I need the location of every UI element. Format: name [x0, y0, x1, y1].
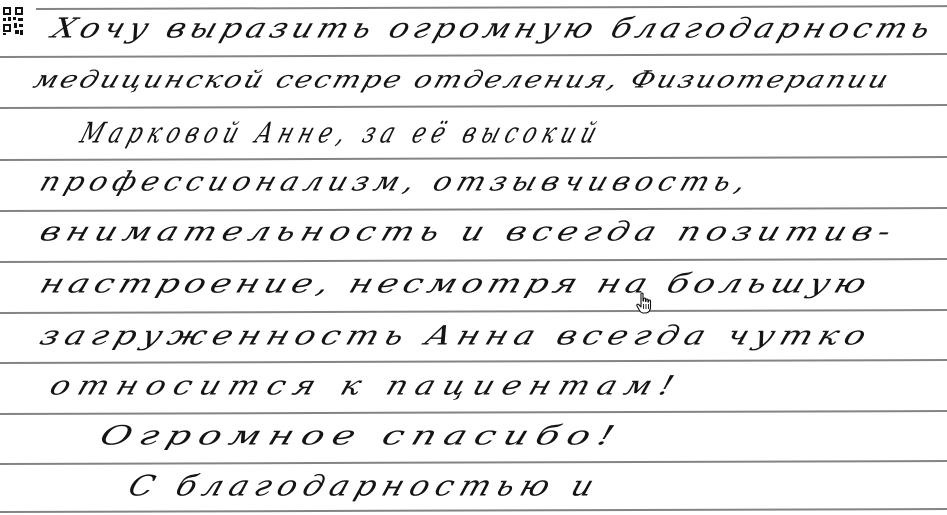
- ruled-line: [0, 309, 947, 314]
- ruled-line: [0, 207, 947, 212]
- scanned-letter-page: Хочу выразить огромную благодарность мед…: [0, 0, 947, 515]
- ruled-line: [0, 410, 947, 415]
- handwritten-line-4: профессионализм, отзывчивость,: [36, 166, 756, 197]
- handwritten-line-8: относится к пациентам!: [46, 370, 686, 401]
- ruled-line: [0, 258, 947, 263]
- ruled-line: [0, 156, 947, 161]
- handwritten-line-5: внимательность и всегда позитив-: [36, 216, 901, 247]
- ruled-line: [36, 5, 947, 10]
- stray-mark: ı: [881, 80, 884, 90]
- ruled-line: [0, 104, 947, 109]
- handwritten-line-10: С благодарностью и: [124, 470, 605, 503]
- qr-code-icon: [2, 6, 24, 36]
- ruled-line: [0, 508, 947, 513]
- ruled-line: [0, 359, 947, 364]
- handwritten-line-7: загруженность Анна всегда чутко: [36, 320, 876, 351]
- handwritten-line-3: Марковой Анне, за её высокий: [76, 117, 607, 150]
- ruled-line: [0, 460, 947, 465]
- handwritten-line-1: Хочу выразить огромную благодарность: [48, 12, 939, 44]
- handwritten-line-9: Огромное спасибо!: [96, 420, 627, 451]
- ruled-line: [0, 53, 947, 58]
- handwritten-line-6: настроение, несмотря на большую: [36, 268, 876, 299]
- hand-pointer-cursor-icon: [636, 292, 652, 314]
- handwritten-line-2: медицинской сестре отделения, Физиотерап…: [30, 65, 894, 93]
